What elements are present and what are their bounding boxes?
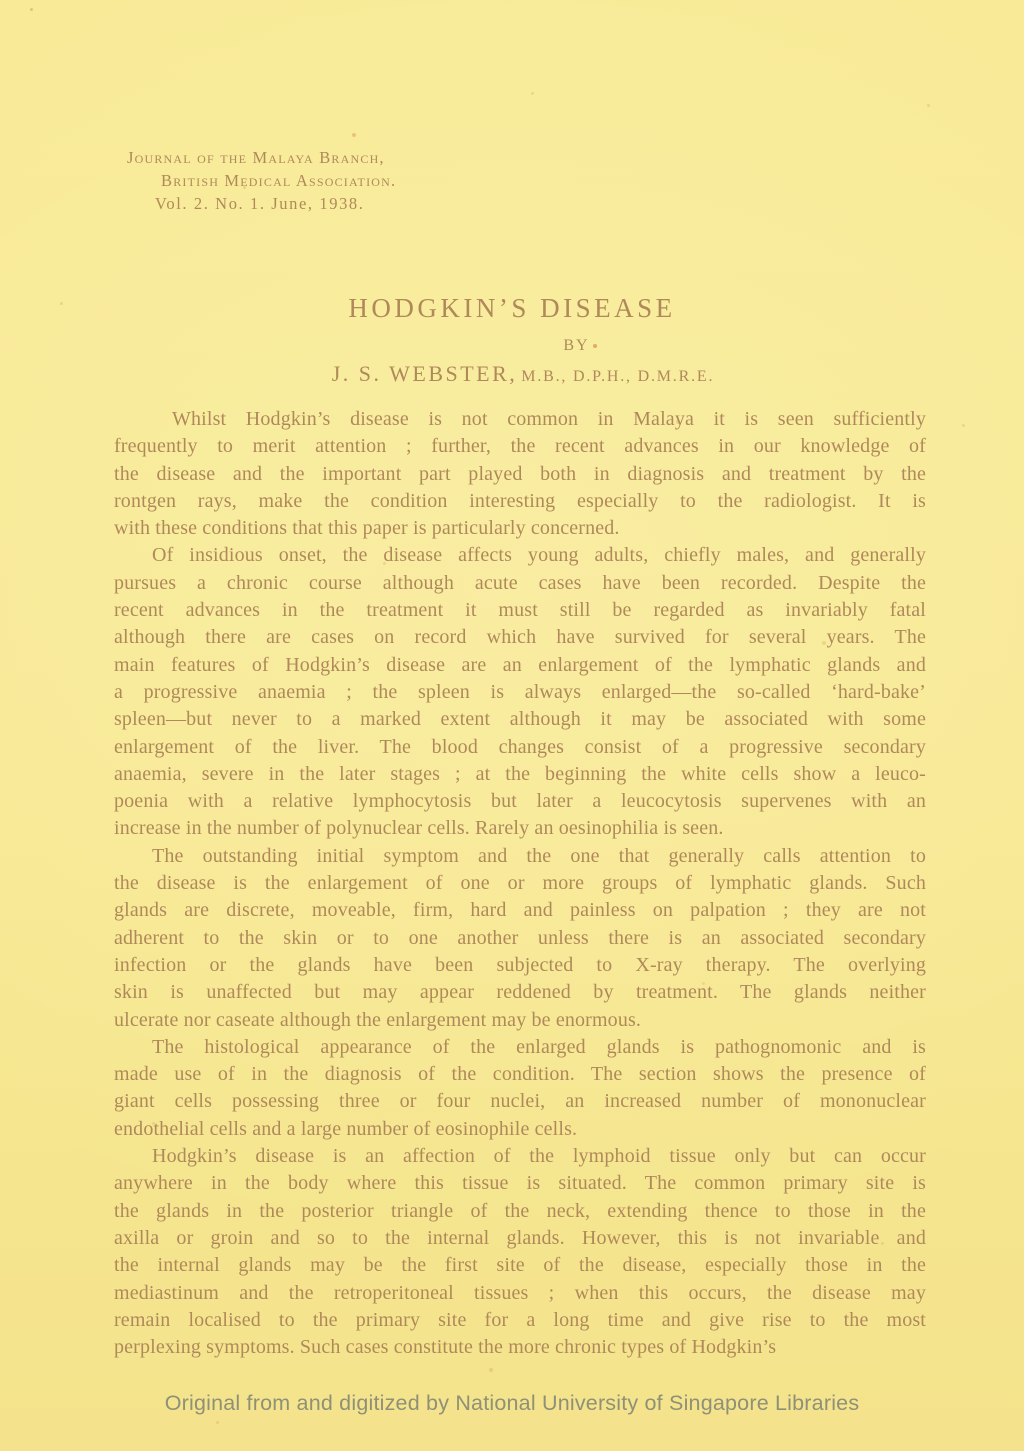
text-line: the glands in the posterior triangle of …	[114, 1198, 926, 1225]
text-line: pursues a chronic course although acute …	[114, 570, 926, 597]
paper-speckle	[352, 133, 356, 137]
text-line: glands are discrete, moveable, firm, har…	[114, 897, 926, 924]
paragraph: The histological appearance of the enlar…	[114, 1034, 926, 1143]
text-line: The outstanding initial symptom and the …	[114, 843, 926, 870]
text-line: a progressive anaemia ; the spleen is al…	[114, 679, 926, 706]
text-line: The histological appearance of the enlar…	[114, 1034, 926, 1061]
text-line: the internal glands may be the first sit…	[114, 1252, 926, 1279]
digitization-footer: Original from and digitized by National …	[0, 1391, 1024, 1416]
text-line: enlargement of the liver. The blood chan…	[114, 734, 926, 761]
text-line: Whilst Hodgkin’s disease is not common i…	[114, 406, 926, 433]
text-line: poenia with a relative lymphocytosis but…	[114, 788, 926, 815]
article-body: Whilst Hodgkin’s disease is not common i…	[114, 406, 926, 1361]
article-title: HODGKIN’S DISEASE	[0, 293, 1024, 324]
text-line: anywhere in the body where this tissue i…	[114, 1170, 926, 1197]
text-line: main features of Hodgkin’s disease are a…	[114, 652, 926, 679]
text-line: Hodgkin’s disease is an affection of the…	[114, 1143, 926, 1170]
text-line: skin is unaffected but may appear redden…	[114, 979, 926, 1006]
paragraph: The outstanding initial symptom and the …	[114, 843, 926, 1034]
paper-speckle	[927, 104, 930, 107]
text-line: the disease and the important part playe…	[114, 461, 926, 488]
byline: BY	[68, 337, 1024, 355]
paper-speckle	[489, 1368, 493, 1372]
paragraph: Whilst Hodgkin’s disease is not common i…	[114, 406, 926, 542]
text-line: mediastinum and the retroperitoneal tiss…	[114, 1280, 926, 1307]
byline-label: BY	[563, 337, 589, 354]
text-line: with these conditions that this paper is…	[114, 515, 926, 542]
text-line: Of insidious onset, the disease affects …	[114, 542, 926, 569]
text-line: increase in the number of polynuclear ce…	[114, 815, 926, 842]
author-credentials: M.B., D.P.H., D.M.R.E.	[521, 368, 714, 385]
text-line: infection or the glands have been subjec…	[114, 952, 926, 979]
paper-speckle	[216, 1421, 219, 1424]
journal-name: Journal of the Malaya Branch,	[127, 146, 396, 169]
author-name: J. S. WEBSTER,	[332, 361, 518, 386]
text-line: spleen—but never to a marked extent alth…	[114, 706, 926, 733]
text-line: made use of in the diagnosis of the cond…	[114, 1061, 926, 1088]
text-line: the disease is the enlargement of one or…	[114, 870, 926, 897]
text-line: giant cells possessing three or four nuc…	[114, 1088, 926, 1115]
text-line: perplexing symptoms. Such cases constitu…	[114, 1334, 926, 1361]
journal-volume-issue-date: Vol. 2. No. 1. June, 1938.	[127, 192, 396, 215]
text-line: axilla or groin and so to the internal g…	[114, 1225, 926, 1252]
text-line: anaemia, severe in the later stages ; at…	[114, 761, 926, 788]
paragraph: Of insidious onset, the disease affects …	[114, 542, 926, 842]
journal-association: British Medical Association.	[127, 169, 396, 192]
scanned-journal-page: Journal of the Malaya Branch, British Me…	[0, 0, 1024, 1451]
text-line: ulcerate nor caseate although the enlarg…	[114, 1007, 926, 1034]
paper-speckle	[30, 8, 33, 11]
text-line: although there are cases on record which…	[114, 624, 926, 651]
text-line: endothelial cells and a large number of …	[114, 1116, 926, 1143]
text-line: recent advances in the treatment it must…	[114, 597, 926, 624]
text-line: remain localised to the primary site for…	[114, 1307, 926, 1334]
text-line: frequently to merit attention ; further,…	[114, 433, 926, 460]
text-line: adherent to the skin or to one another u…	[114, 925, 926, 952]
paper-speckle	[531, 92, 534, 95]
paragraph: Hodgkin’s disease is an affection of the…	[114, 1143, 926, 1361]
text-line: rontgen rays, make the condition interes…	[114, 488, 926, 515]
journal-masthead: Journal of the Malaya Branch, British Me…	[127, 146, 396, 215]
ink-speckle	[593, 344, 597, 348]
author-line: J. S. WEBSTER, M.B., D.P.H., D.M.R.E.	[11, 361, 1024, 387]
paper-speckle	[962, 424, 965, 427]
